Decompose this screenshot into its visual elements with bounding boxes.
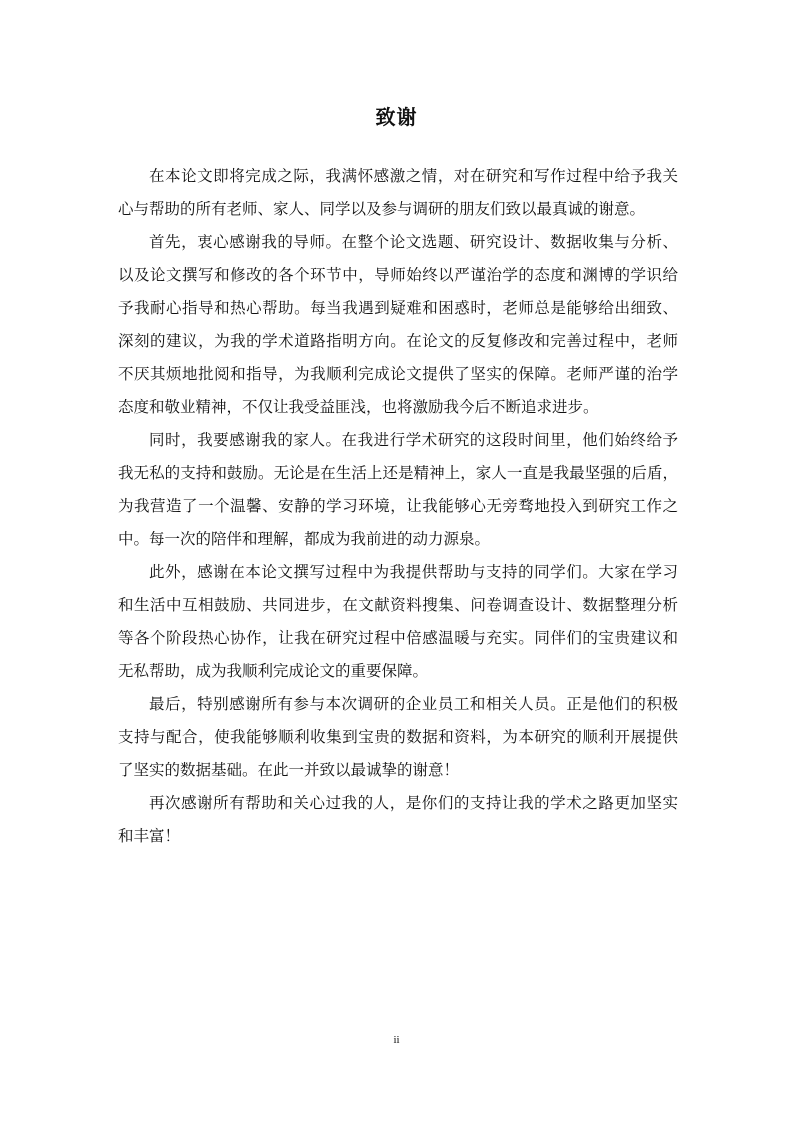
text-line: 和丰富！	[118, 820, 678, 853]
text-line: 同时，我要感谢我的家人。在我进行学术研究的这段时间里，他们始终给予	[118, 424, 678, 457]
text-line: 最后，特别感谢所有参与本次调研的企业员工和相关人员。正是他们的积极	[118, 688, 678, 721]
paragraph-advisor: 首先，衷心感谢我的导师。在整个论文选题、研究设计、数据收集与分析、 以及论文撰写…	[118, 226, 678, 424]
text-line: 等各个阶段热心协作，让我在研究过程中倍感温暖与充实。同伴们的宝贵建议和	[118, 622, 678, 655]
text-line: 心与帮助的所有老师、家人、同学以及参与调研的朋友们致以最真诚的谢意。	[118, 193, 678, 226]
page-title: 致谢	[0, 104, 793, 130]
text-line: 再次感谢所有帮助和关心过我的人，是你们的支持让我的学术之路更加坚实	[118, 787, 678, 820]
text-line: 首先，衷心感谢我的导师。在整个论文选题、研究设计、数据收集与分析、	[118, 226, 678, 259]
paragraph-closing: 再次感谢所有帮助和关心过我的人，是你们的支持让我的学术之路更加坚实 和丰富！	[118, 787, 678, 853]
text-line: 中。每一次的陪伴和理解，都成为我前进的动力源泉。	[118, 523, 678, 556]
text-line: 予我耐心指导和热心帮助。每当我遇到疑难和困惑时，老师总是能够给出细致、	[118, 292, 678, 325]
paragraph-participants: 最后，特别感谢所有参与本次调研的企业员工和相关人员。正是他们的积极 支持与配合，…	[118, 688, 678, 787]
text-line: 以及论文撰写和修改的各个环节中，导师始终以严谨治学的态度和渊博的学识给	[118, 259, 678, 292]
text-line: 了坚实的数据基础。在此一并致以最诚挚的谢意！	[118, 754, 678, 787]
paragraph-family: 同时，我要感谢我的家人。在我进行学术研究的这段时间里，他们始终给予 我无私的支持…	[118, 424, 678, 556]
text-line: 支持与配合，使我能够顺利收集到宝贵的数据和资料，为本研究的顺利开展提供	[118, 721, 678, 754]
paragraph-intro: 在本论文即将完成之际，我满怀感激之情，对在研究和写作过程中给予我关 心与帮助的所…	[118, 160, 678, 226]
text-line: 在本论文即将完成之际，我满怀感激之情，对在研究和写作过程中给予我关	[118, 160, 678, 193]
text-line: 态度和敬业精神，不仅让我受益匪浅，也将激励我今后不断追求进步。	[118, 391, 678, 424]
page-number: ii	[0, 1034, 793, 1046]
text-line: 此外，感谢在本论文撰写过程中为我提供帮助与支持的同学们。大家在学习	[118, 556, 678, 589]
text-line: 和生活中互相鼓励、共同进步，在文献资料搜集、问卷调查设计、数据整理分析	[118, 589, 678, 622]
text-line: 我无私的支持和鼓励。无论是在生活上还是精神上，家人一直是我最坚强的后盾，	[118, 457, 678, 490]
text-line: 为我营造了一个温馨、安静的学习环境，让我能够心无旁骛地投入到研究工作之	[118, 490, 678, 523]
acknowledgement-body: 在本论文即将完成之际，我满怀感激之情，对在研究和写作过程中给予我关 心与帮助的所…	[118, 160, 678, 853]
paragraph-classmates: 此外，感谢在本论文撰写过程中为我提供帮助与支持的同学们。大家在学习 和生活中互相…	[118, 556, 678, 688]
text-line: 不厌其烦地批阅和指导，为我顺利完成论文提供了坚实的保障。老师严谨的治学	[118, 358, 678, 391]
text-line: 深刻的建议，为我的学术道路指明方向。在论文的反复修改和完善过程中，老师	[118, 325, 678, 358]
text-line: 无私帮助，成为我顺利完成论文的重要保障。	[118, 655, 678, 688]
